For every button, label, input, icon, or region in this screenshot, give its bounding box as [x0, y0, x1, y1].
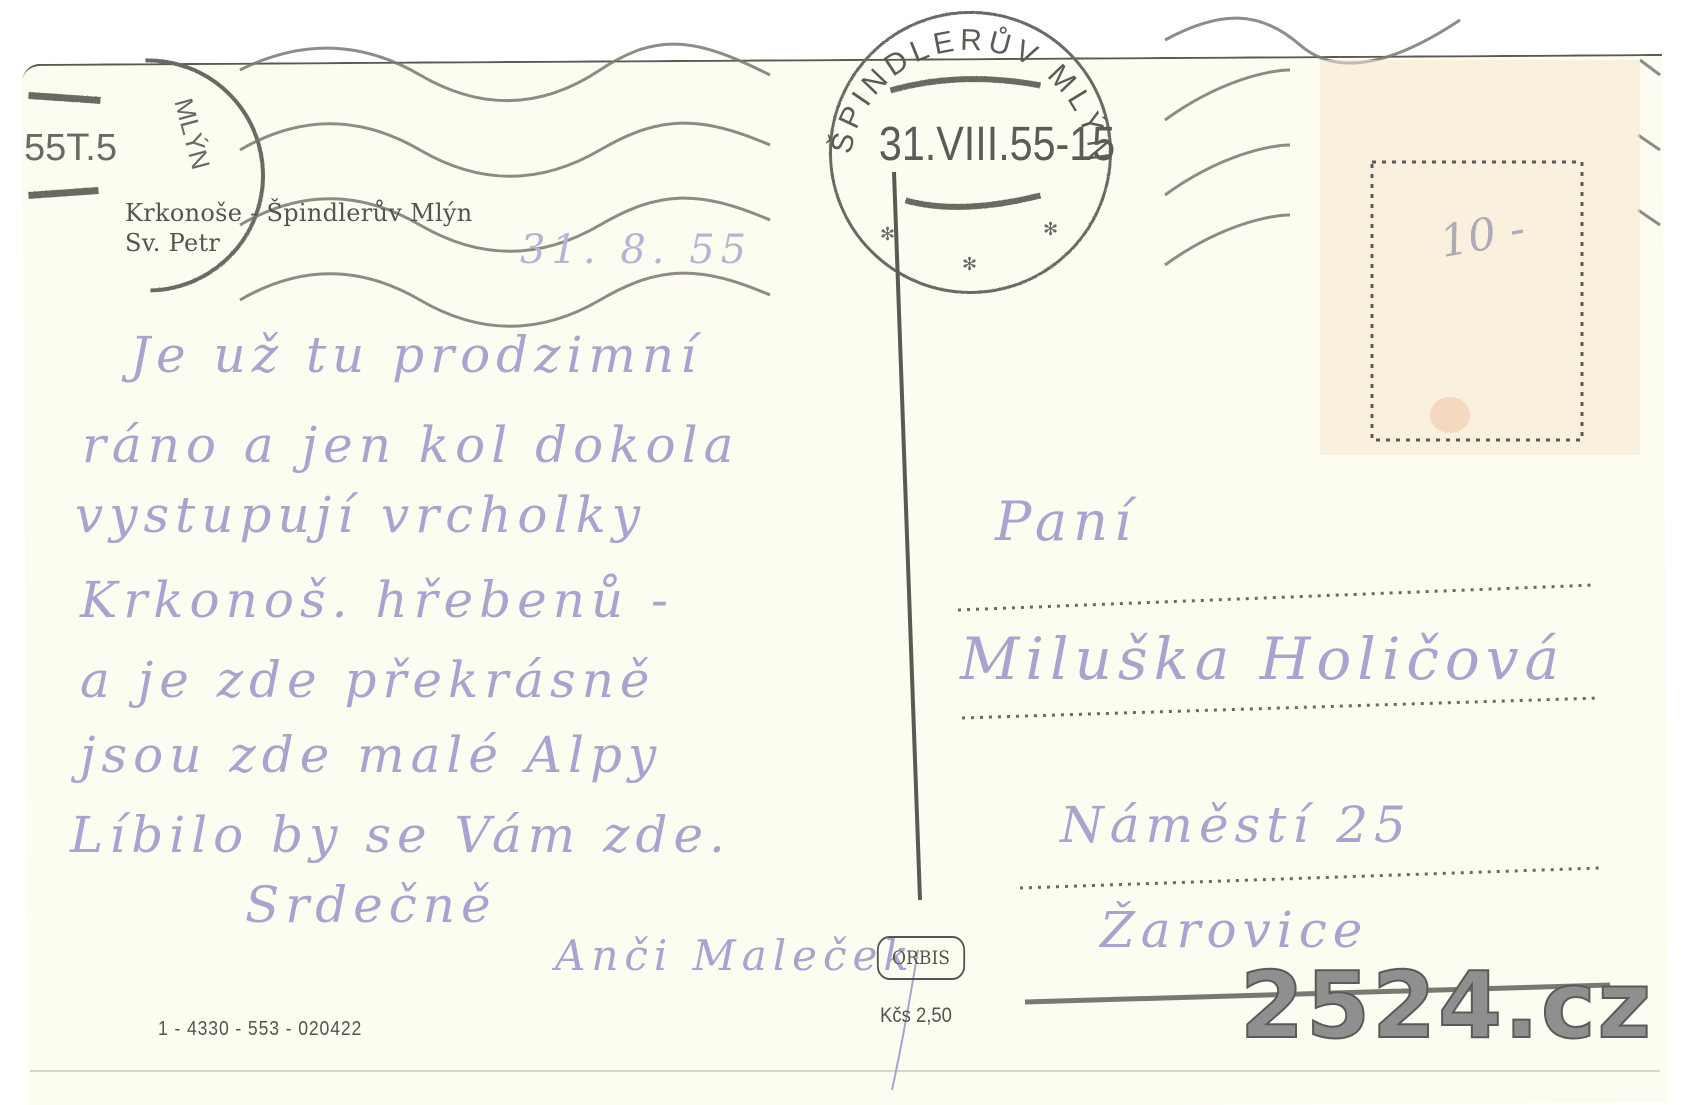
left-postmark-date: 55T.5 [24, 127, 117, 169]
address-name: Miluška Holičová [960, 630, 1565, 688]
signature: Anči Maleček [555, 935, 915, 977]
svg-text:✻: ✻ [962, 254, 977, 275]
site-watermark: 2524.cz [1240, 960, 1653, 1052]
publisher-logo: ORBIS [877, 936, 965, 980]
wavy-cancellation-left [240, 44, 770, 326]
svg-text:✻: ✻ [880, 224, 895, 245]
caption-line-2: Sv. Petr [125, 228, 473, 258]
address-salutation: Paní [995, 495, 1137, 549]
printed-caption: Krkonoše - Špindlerův Mlýn Sv. Petr [125, 198, 473, 258]
message-line: Srdečně [245, 880, 497, 930]
message-line: jsou zde malé Alpy [80, 730, 662, 780]
svg-text:✻: ✻ [1043, 219, 1058, 240]
address-street: Náměstí 25 [1060, 800, 1412, 850]
message-line: Líbilo by se Vám zde. [70, 810, 731, 860]
caption-line-1: Krkonoše - Špindlerův Mlýn [125, 198, 473, 228]
address-city: Žarovice [1100, 905, 1368, 955]
svg-text:MLÝN: MLÝN [168, 95, 216, 173]
message-line: ráno a jen kol dokola [82, 420, 739, 470]
message-line: vystupují vrcholky [75, 490, 646, 540]
message-line: Krkonoš. hřebenů - [80, 575, 674, 625]
message-line: a je zde překrásně [80, 655, 655, 705]
price-label: Kčs 2,50 [880, 1004, 952, 1028]
handwritten-date: 31. 8. 55 [520, 230, 752, 270]
message-line: Je už tu prodzimní [130, 330, 702, 380]
print-code: 1 - 4330 - 553 - 020422 [158, 1018, 362, 1041]
